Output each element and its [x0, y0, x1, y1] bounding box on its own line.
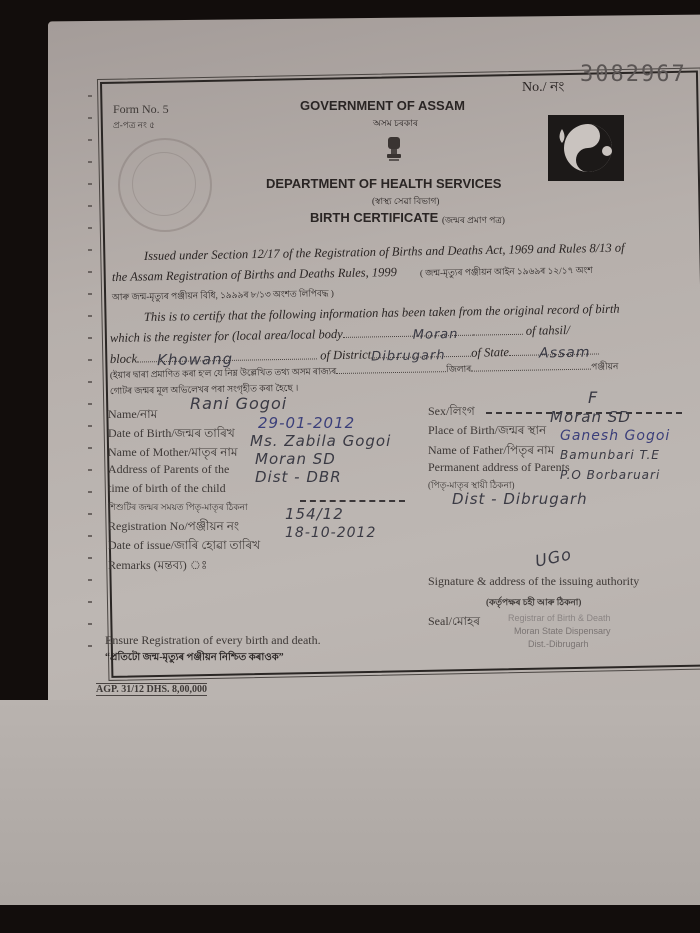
ensure-registration-text: Ensure Registration of every birth and d…: [105, 633, 321, 648]
name-label: Name/নাম: [108, 406, 157, 426]
faded-seal-inner-ring: [132, 152, 196, 216]
address-at-birth-label-1: Address of Parents of the: [108, 462, 229, 477]
place-of-birth-value: Moran SD: [550, 408, 631, 426]
block-label: block: [110, 352, 137, 366]
address-blank-line: [300, 500, 405, 502]
sex-value: F: [588, 388, 598, 407]
sex-label: Sex/লিংগ: [428, 403, 475, 423]
dob-label: Date of Birth/জন্মৰ তাৰিখ: [108, 425, 235, 445]
ensure-registration-assamese: “প্ৰতিটো জন্ম-মৃত্যুৰ পঞ্জীয়ন নিশ্চিত ক…: [105, 650, 284, 667]
district-label: of District: [320, 347, 371, 362]
seal-stamp-line-1: Registrar of Birth & Death: [508, 613, 611, 623]
printer-code: AGP. 31/12 DHS. 8,00,000: [96, 683, 207, 696]
permanent-address-value-2: P.O Borbaruari: [560, 468, 660, 482]
state-field: Assam: [509, 353, 599, 356]
certificate-title: BIRTH CERTIFICATE: [310, 210, 438, 225]
certificate-title-assamese: (জন্মৰ প্ৰমাণ পত্ৰ): [442, 213, 505, 228]
certify-assamese-district: জিলাৰ: [446, 364, 471, 374]
permanent-address-value-1: Bamunbari T.E: [560, 448, 660, 462]
health-department-logo: [548, 115, 624, 181]
perforation-dots: [88, 95, 92, 655]
government-heading: GOVERNMENT OF ASSAM: [300, 98, 465, 113]
permanent-address-label: Permanent address of Parents: [428, 460, 570, 475]
local-body-field: Moran: [343, 335, 473, 338]
seal-stamp-line-2: Moran State Dispensary: [514, 626, 611, 636]
state-label: of State: [471, 345, 509, 360]
registration-no-value: 154/12: [285, 505, 344, 523]
seal-stamp-line-3: Dist.-Dibrugarh: [528, 639, 589, 649]
dob-value: 29-01-2012: [258, 414, 355, 432]
seal-label: Seal/মোহৰ: [428, 613, 480, 633]
district-field: Dibrugarh: [371, 356, 471, 359]
local-body-dots: [473, 334, 523, 336]
department-heading: DEPARTMENT OF HEALTH SERVICES: [266, 176, 501, 191]
address-at-birth-value-2: Dist - DBR: [255, 468, 342, 486]
signature-label: Signature & address of the issuing autho…: [428, 574, 639, 589]
local-body-value: Moran: [413, 327, 459, 343]
registration-no-label: Registration No/পঞ্জীয়ন নং: [108, 518, 239, 538]
mother-label: Name of Mother/মাতৃৰ নাম: [108, 444, 238, 464]
paper-sheet-lower: [0, 700, 700, 905]
certify-local-body-label: which is the register for (local area/lo…: [110, 327, 343, 345]
tahsil-label: of tahsil/: [526, 323, 570, 338]
department-heading-assamese: (স্বাস্থ্য সেৱা বিভাগ): [372, 194, 439, 209]
date-of-issue-label: Date of issue/জাৰি হোৱা তাৰিখ: [108, 537, 260, 557]
serial-number: 3082967: [580, 62, 687, 87]
signature-label-assamese: (কৰ্তৃপক্ষৰ চহী আৰু ঠিকনা): [486, 595, 581, 610]
certify-assamese-register: পঞ্জীয়ন: [591, 361, 618, 371]
health-logo-icon: [548, 115, 624, 181]
certify-assamese-dots-2: [471, 369, 591, 372]
place-of-birth-label: Place of Birth/জন্মৰ স্থান: [428, 422, 546, 442]
name-value: Rani Gogoi: [190, 394, 287, 413]
form-number-assamese: প্র-পত্র নং ৫: [113, 118, 155, 133]
father-value: Ganesh Gogoi: [560, 428, 670, 444]
address-at-birth-label-2: time of birth of the child: [108, 481, 226, 496]
form-number: Form No. 5: [113, 102, 169, 117]
permanent-address-value-3: Dist - Dibrugarh: [452, 490, 588, 508]
block-field: Khowang: [137, 358, 317, 362]
father-label: Name of Father/পিতৃৰ নাম: [428, 442, 554, 462]
date-of-issue-value: 18-10-2012: [285, 525, 376, 541]
certify-assamese-dots-1: [336, 371, 446, 374]
certify-assamese-text: (ইয়াৰ দ্বাৰা প্ৰমাণিত কৰা হ'ল যে নিম্ন …: [110, 366, 336, 380]
national-emblem-icon: [384, 135, 404, 163]
government-heading-assamese: অসম চৰকাৰ: [373, 116, 418, 131]
address-at-birth-assamese: শিশুটিৰ জন্মৰ সময়ত পিতৃ-মাতৃৰ ঠিকনা: [108, 500, 248, 515]
address-at-birth-value-1: Moran SD: [255, 450, 336, 468]
mother-value: Ms. Zabila Gogoi: [250, 432, 391, 450]
issued-under-assamese-1: ( জন্ম-মৃত্যুৰ পঞ্জীয়ন আইন ১৯৬৯ৰ ১২/১৭ …: [420, 263, 593, 281]
serial-label: No./ নং: [522, 75, 564, 99]
remarks-label: Remarks (মন্তব্য) ঃ: [108, 557, 207, 577]
